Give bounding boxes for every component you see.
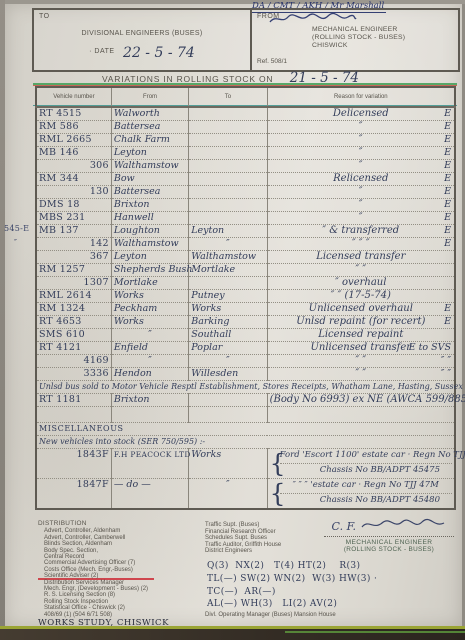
scan-edge-left bbox=[0, 0, 5, 640]
cell-reason: ″E bbox=[267, 147, 455, 160]
reason-lines: {Ford 'Escort 1100' estate car · Regn No… bbox=[270, 449, 452, 478]
scanned-document: DA / CMT / AKH / Mr Marshall TO DIVISION… bbox=[0, 0, 465, 640]
signature-initials: C. F. bbox=[332, 520, 356, 533]
cell-to bbox=[189, 186, 267, 199]
margin-note: 545-E bbox=[4, 224, 29, 233]
to-box: TO DIVISIONAL ENGINEERS (BUSES) · DATE 2… bbox=[34, 10, 252, 70]
signatory-subtitle: (ROLLING STOCK - BUSES) bbox=[318, 546, 460, 553]
cell-reason: ″ & transferredE bbox=[267, 225, 455, 238]
cell-from: Hendon bbox=[111, 368, 188, 381]
ref-number: Ref. 508/1 bbox=[257, 58, 287, 65]
table-row: New vehicles into stock (SER 750/595) :- bbox=[36, 436, 455, 449]
table-row: RT 4515WalworthDelicensedE bbox=[36, 107, 455, 121]
cell-reason: ″ ″ bbox=[267, 264, 455, 277]
cell-reason: Unlsd repaint (for recert)E bbox=[267, 316, 455, 329]
status-code: E to SVS bbox=[409, 342, 451, 353]
status-code: E bbox=[444, 212, 451, 223]
reason-line-1: ″ ″ ″ 'estate car · Regn No TJJ 47M bbox=[280, 479, 452, 494]
cell-to: Walthamstow bbox=[189, 251, 267, 264]
reason-text: ″ overhaul bbox=[270, 277, 452, 289]
signature-rule bbox=[324, 536, 454, 537]
cell-from: Leyton bbox=[111, 251, 188, 264]
cell-reason: ″E bbox=[267, 199, 455, 212]
cell-vehicle-number: 4169 bbox=[36, 355, 111, 368]
cell-to: Willesden bbox=[189, 368, 267, 381]
cell-to: Southall bbox=[189, 329, 267, 342]
status-code: E bbox=[444, 186, 451, 197]
table-row: RT 1181Brixton(Body No 6993) ex NE (AWCA… bbox=[36, 394, 455, 407]
reason-text: Unlicensed overhaul bbox=[270, 303, 452, 315]
cell-vehicle-number: RM 344 bbox=[36, 173, 111, 186]
cell-reason: ″ ″″ ″ bbox=[267, 355, 455, 368]
date-label: · DATE bbox=[89, 48, 114, 55]
cell-reason: ″E bbox=[267, 212, 455, 225]
cell-from: Walthamstow bbox=[111, 160, 188, 173]
reason-line-1: Ford 'Escort 1100' estate car · Regn No … bbox=[280, 449, 452, 464]
cell-vehicle-number: RM 586 bbox=[36, 121, 111, 134]
reason-text: Licensed transfer bbox=[270, 251, 452, 263]
cell-reason: ″ overhaul bbox=[267, 277, 455, 290]
table-row: MB 146Leyton″E bbox=[36, 147, 455, 160]
cell-reason: Licensed repaint bbox=[267, 329, 455, 342]
col-to: To bbox=[189, 87, 267, 107]
signature-scrawl-bottom bbox=[360, 517, 446, 533]
reason-text: ″ ″ ″ bbox=[270, 238, 452, 250]
reason-text: ″ bbox=[270, 212, 452, 224]
cell-reason: Unlicensed overhaulE bbox=[267, 303, 455, 316]
cell-to bbox=[189, 173, 267, 186]
variations-table-body: RT 4515WalworthDelicensedERM 586Batterse… bbox=[36, 107, 455, 509]
signature-block: C. F. MECHANICAL ENGINEER (ROLLING STOCK… bbox=[318, 517, 460, 553]
status-code: E bbox=[444, 147, 451, 158]
table-header-row: Vehicle number From To Reason for variat… bbox=[36, 87, 455, 107]
status-code: E bbox=[444, 199, 451, 210]
reason-text: ″ bbox=[270, 121, 452, 133]
cell-vehicle-number: DMS 18 bbox=[36, 199, 111, 212]
table-row: RT 4653WorksBarkingUnlsd repaint (for re… bbox=[36, 316, 455, 329]
cell-span-note: MISCELLANEOUS bbox=[36, 423, 455, 436]
cell-span-note: New vehicles into stock (SER 750/595) :- bbox=[36, 436, 455, 449]
cell-from: Battersea bbox=[111, 121, 188, 134]
cell-from: Chalk Farm bbox=[111, 134, 188, 147]
table-row: RML 2614WorksPutney″ ″ (17-5-74) bbox=[36, 290, 455, 303]
cell-reason: ″ ″″ ″ bbox=[267, 368, 455, 381]
cell-from: Walthamstow bbox=[111, 238, 188, 251]
title-label: VARIATIONS IN ROLLING STOCK ON bbox=[102, 74, 273, 84]
reason-text: (Body No 6993) ex NE (AWCA 599/885) bbox=[270, 394, 452, 406]
from-line: CHISWICK bbox=[312, 42, 405, 50]
cell-from: F.H PEACOCK LTD bbox=[111, 449, 188, 479]
status-code: E bbox=[444, 121, 451, 132]
col-vehicle-number: Vehicle number bbox=[36, 87, 111, 107]
table-row: 1843FF.H PEACOCK LTDWorks{Ford 'Escort 1… bbox=[36, 449, 455, 479]
cell-reason: DelicensedE bbox=[267, 107, 455, 121]
status-code: E bbox=[444, 238, 451, 249]
cell-to: ″ bbox=[189, 479, 267, 510]
cell-vehicle-number: 1843F bbox=[36, 449, 111, 479]
cell-reason: ″ ″ ″E bbox=[267, 238, 455, 251]
table-row: 4169″″″ ″″ ″ bbox=[36, 355, 455, 368]
cell-to: Barking bbox=[189, 316, 267, 329]
from-line: (ROLLING STOCK - BUSES) bbox=[312, 34, 405, 42]
cell-vehicle-number: 130 bbox=[36, 186, 111, 199]
cell-vehicle-number: MB 137 bbox=[36, 225, 111, 238]
table-row: 1847F— do —″{″ ″ ″ 'estate car · Regn No… bbox=[36, 479, 455, 510]
distribution-items: Advert, Controller, AldenhamAdvert, Cont… bbox=[38, 528, 206, 618]
cell-from: Hanwell bbox=[111, 212, 188, 225]
table-row: RML 2665Chalk Farm″E bbox=[36, 134, 455, 147]
cell-from: Shepherds Bush bbox=[111, 264, 188, 277]
reason-text: Delicensed bbox=[270, 108, 452, 120]
cell-reason: Licensed transfer bbox=[267, 251, 455, 264]
status-code: ″ ″ bbox=[441, 368, 451, 379]
cell-vehicle-number: MBS 231 bbox=[36, 212, 111, 225]
operating-manager-line: Divl. Operating Manager (Buses) Mansion … bbox=[205, 612, 336, 618]
cell-vehicle-number: 1307 bbox=[36, 277, 111, 290]
from-box: FROM MECHANICAL ENGINEER (ROLLING STOCK … bbox=[252, 10, 458, 70]
reason-text: ″ & transferred bbox=[270, 225, 452, 237]
reason-text: ″ bbox=[270, 186, 452, 198]
cell-to: Works bbox=[189, 303, 267, 316]
cell-blank bbox=[189, 407, 267, 423]
date-value: 22 - 5 - 74 bbox=[123, 45, 195, 61]
cell-vehicle-number: RT 4515 bbox=[36, 107, 111, 121]
cell-from: Brixton bbox=[111, 199, 188, 212]
table-row: 306Walthamstow″E bbox=[36, 160, 455, 173]
cell-to: Poplar bbox=[189, 342, 267, 355]
status-code: E bbox=[444, 173, 451, 184]
form-header-box: TO DIVISIONAL ENGINEERS (BUSES) · DATE 2… bbox=[32, 8, 460, 72]
cell-reason: Unlicensed transferE to SVS bbox=[267, 342, 455, 355]
cell-from: Works bbox=[111, 316, 188, 329]
to-value: DIVISIONAL ENGINEERS (BUSES) bbox=[34, 30, 250, 37]
table-row: RT 4121EnfieldPoplarUnlicensed transferE… bbox=[36, 342, 455, 355]
cell-from: ″ bbox=[111, 355, 188, 368]
cell-from: Loughton bbox=[111, 225, 188, 238]
reason-text: ″ bbox=[270, 160, 452, 172]
page-title: VARIATIONS IN ROLLING STOCK ON 21 - 5 - … bbox=[0, 69, 465, 87]
cell-reason: ″ ″ (17-5-74) bbox=[267, 290, 455, 303]
garage-stock-codes: Q(3) NX(2) T(4) HT(2) R(3)TL(—) SW(2) WN… bbox=[207, 560, 377, 611]
reason-text: ″ bbox=[270, 147, 452, 159]
cell-to bbox=[189, 160, 267, 173]
cell-to bbox=[189, 147, 267, 160]
col-reason: Reason for variation bbox=[267, 87, 455, 107]
reason-text: ″ bbox=[270, 134, 452, 146]
cell-from: Leyton bbox=[111, 147, 188, 160]
reason-text: Licensed repaint bbox=[270, 329, 452, 341]
cell-from: Peckham bbox=[111, 303, 188, 316]
reason-text: ″ ″ bbox=[270, 355, 452, 367]
distribution-heading: DISTRIBUTION bbox=[38, 521, 206, 527]
cell-vehicle-number: 3336 bbox=[36, 368, 111, 381]
cell-from: Mortlake bbox=[111, 277, 188, 290]
cell-to bbox=[189, 394, 267, 407]
variations-table: Vehicle number From To Reason for variat… bbox=[35, 86, 456, 510]
table-row: 3336HendonWillesden″ ″″ ″ bbox=[36, 368, 455, 381]
cell-blank bbox=[36, 407, 111, 423]
stock-code-line: TC(—) AR(—) bbox=[207, 586, 377, 599]
cell-to bbox=[189, 134, 267, 147]
cell-from: — do — bbox=[111, 479, 188, 510]
reason-text: ″ bbox=[270, 199, 452, 211]
from-label: FROM bbox=[257, 13, 280, 20]
cell-reason: {Ford 'Escort 1100' estate car · Regn No… bbox=[267, 449, 455, 479]
cell-from: Bow bbox=[111, 173, 188, 186]
status-code: E bbox=[444, 160, 451, 171]
cell-vehicle-number: RT 1181 bbox=[36, 394, 111, 407]
table-row: RM 586Battersea″E bbox=[36, 121, 455, 134]
cell-vehicle-number: SMS 610 bbox=[36, 329, 111, 342]
cell-from: Brixton bbox=[111, 394, 188, 407]
table-header: Vehicle number From To Reason for variat… bbox=[36, 87, 455, 107]
table-row bbox=[36, 407, 455, 423]
cell-to: Leyton bbox=[189, 225, 267, 238]
cell-vehicle-number: RM 1257 bbox=[36, 264, 111, 277]
reason-line-2: Chassis No BB/ADPT 45480 bbox=[280, 494, 452, 508]
cell-reason: ″E bbox=[267, 121, 455, 134]
date-line: · DATE 22 - 5 - 74 bbox=[34, 44, 250, 62]
cell-to: ″ bbox=[189, 238, 267, 251]
status-code: E bbox=[444, 225, 451, 236]
cell-from: Walworth bbox=[111, 107, 188, 121]
cell-vehicle-number: 1847F bbox=[36, 479, 111, 510]
cell-reason: (Body No 6993) ex NE (AWCA 599/885) bbox=[267, 394, 455, 407]
cell-reason: {″ ″ ″ 'estate car · Regn No TJJ 47MChas… bbox=[267, 479, 455, 510]
to-label: TO bbox=[39, 13, 50, 20]
cell-to bbox=[189, 277, 267, 290]
table-row: RM 1324PeckhamWorksUnlicensed overhaulE bbox=[36, 303, 455, 316]
cell-vehicle-number: RML 2665 bbox=[36, 134, 111, 147]
cell-from: Battersea bbox=[111, 186, 188, 199]
cell-reason: RelicensedE bbox=[267, 173, 455, 186]
cell-vehicle-number: 306 bbox=[36, 160, 111, 173]
status-code: E bbox=[444, 134, 451, 145]
scan-edge-top bbox=[0, 0, 465, 4]
cell-vehicle-number: RML 2614 bbox=[36, 290, 111, 303]
reason-line-2: Chassis No BB/ADPT 45475 bbox=[280, 464, 452, 478]
cell-from: Works bbox=[111, 290, 188, 303]
status-code: ″ ″ bbox=[441, 355, 451, 366]
cell-to bbox=[189, 121, 267, 134]
reason-text: Unlsd repaint (for recert) bbox=[270, 316, 452, 328]
status-code: E bbox=[444, 303, 451, 314]
cell-reason: ″E bbox=[267, 134, 455, 147]
table-row: SMS 610″SouthallLicensed repaint bbox=[36, 329, 455, 342]
reason-text: ″ ″ bbox=[270, 368, 452, 380]
table-row: RM 1257Shepherds BushMortlake″ ″ bbox=[36, 264, 455, 277]
signatory-title: MECHANICAL ENGINEER bbox=[318, 539, 460, 546]
cell-from: Enfield bbox=[111, 342, 188, 355]
stock-code-line: AL(—) WH(3) LI(2) AV(2) bbox=[207, 598, 377, 611]
distribution-list: DISTRIBUTION Advert, Controller, Aldenha… bbox=[38, 521, 206, 627]
cell-reason: ″E bbox=[267, 160, 455, 173]
cell-vehicle-number: RM 1324 bbox=[36, 303, 111, 316]
from-address: MECHANICAL ENGINEER (ROLLING STOCK - BUS… bbox=[312, 26, 405, 51]
reason-text: Relicensed bbox=[270, 173, 452, 185]
cell-vehicle-number: 142 bbox=[36, 238, 111, 251]
table-row: RM 344BowRelicensedE bbox=[36, 173, 455, 186]
cell-reason: ″E bbox=[267, 186, 455, 199]
cell-to bbox=[189, 107, 267, 121]
cell-vehicle-number: RT 4653 bbox=[36, 316, 111, 329]
table-row: MBS 231Hanwell″E bbox=[36, 212, 455, 225]
table-row: 1307Mortlake″ overhaul bbox=[36, 277, 455, 290]
cell-to: Works bbox=[189, 449, 267, 479]
table-row: 142Walthamstow″″ ″ ″E bbox=[36, 238, 455, 251]
scan-band-green bbox=[285, 631, 465, 633]
reason-lines: {″ ″ ″ 'estate car · Regn No TJJ 47MChas… bbox=[270, 479, 452, 508]
cell-to bbox=[189, 199, 267, 212]
cell-to: Putney bbox=[189, 290, 267, 303]
cell-to: Mortlake bbox=[189, 264, 267, 277]
table-row: 130Battersea″E bbox=[36, 186, 455, 199]
table-row: Unlsd bus sold to Motor Vehicle Resptl E… bbox=[36, 381, 455, 394]
cell-vehicle-number: 367 bbox=[36, 251, 111, 264]
cell-to: ″ bbox=[189, 355, 267, 368]
status-code: E bbox=[444, 108, 451, 119]
stock-code-line: Q(3) NX(2) T(4) HT(2) R(3) bbox=[207, 560, 377, 573]
cell-blank bbox=[111, 407, 188, 423]
margin-note-ditto: ″ bbox=[14, 238, 17, 247]
cell-vehicle-number: MB 146 bbox=[36, 147, 111, 160]
table-row: MB 137LoughtonLeyton″ & transferredE bbox=[36, 225, 455, 238]
cell-vehicle-number: RT 4121 bbox=[36, 342, 111, 355]
table-row: 367LeytonWalthamstowLicensed transfer bbox=[36, 251, 455, 264]
table-row: MISCELLANEOUS bbox=[36, 423, 455, 436]
cell-blank bbox=[267, 407, 455, 423]
col-from: From bbox=[111, 87, 188, 107]
status-code: E bbox=[444, 316, 451, 327]
from-line: MECHANICAL ENGINEER bbox=[312, 26, 405, 34]
reason-text: ″ ″ bbox=[270, 264, 452, 276]
cell-span-note: Unlsd bus sold to Motor Vehicle Resptl E… bbox=[36, 381, 455, 394]
reason-text: ″ ″ (17-5-74) bbox=[270, 290, 452, 302]
cell-from: ″ bbox=[111, 329, 188, 342]
cell-to bbox=[189, 212, 267, 225]
stock-code-line: TL(—) SW(2) WN(2) W(3) HW(3) · bbox=[207, 573, 377, 586]
table-row: DMS 18Brixton″E bbox=[36, 199, 455, 212]
